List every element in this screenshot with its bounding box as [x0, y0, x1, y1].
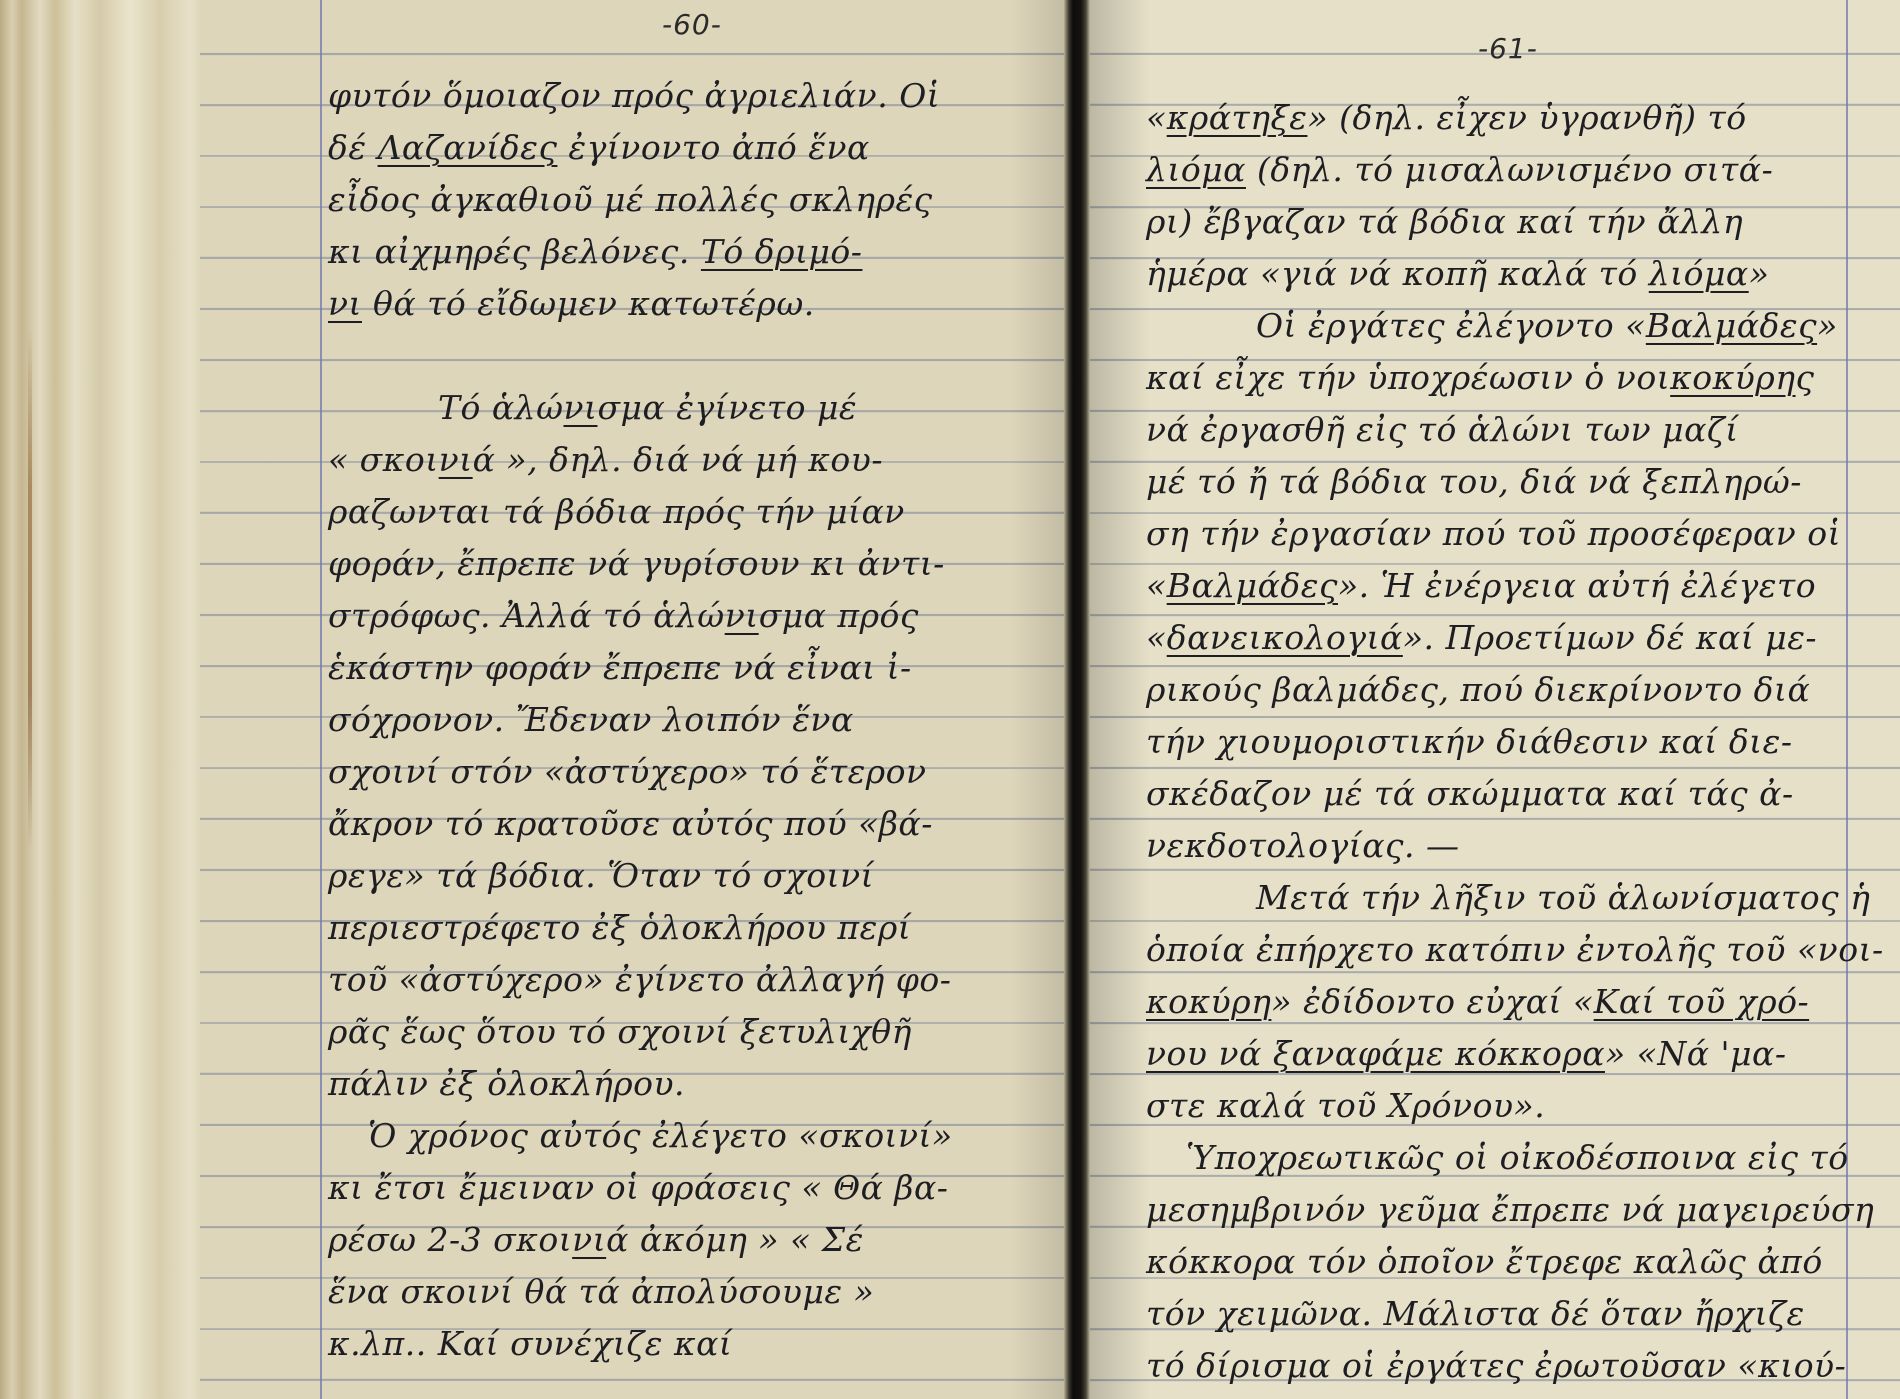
text-line: νεκδοτολογίας. —: [1146, 820, 1846, 872]
text-line: φοράν, ἔπρεπε νά γυρίσουν κι ἀντι-: [328, 538, 1058, 590]
left-margin-line: [320, 0, 322, 1399]
page-number-left: -60-: [662, 8, 722, 41]
text-line: σχοινί στόν «ἀστύχερο» τό ἕτερον: [328, 746, 1058, 798]
left-page-text: φυτόν ὅμοιαζον πρός ἀγριελιάν. Οἱ δέ Λαζ…: [328, 70, 1058, 1370]
text-line: κ.λπ.. Καί συνέχιζε καί: [328, 1318, 1058, 1370]
text-line: στρόφως. Ἀλλά τό ἁλώνισμα πρός: [328, 590, 1058, 642]
text-line: τοῦ «ἀστύχερο» ἐγίνετο ἀλλαγή φο-: [328, 954, 1058, 1006]
text-line: μέ τό ἤ τά βόδια του, διά νά ξεπληρώ-: [1146, 456, 1846, 508]
paragraph-start-line: Μετά τήν λῆξιν τοῦ ἁλωνίσματος ἡ: [1146, 872, 1846, 924]
text-line: ἄκρον τό κρατοῦσε αὐτός πού «βά-: [328, 798, 1058, 850]
text-line: ἑκάστην φοράν ἔπρεπε νά εἶναι ἰ-: [328, 642, 1058, 694]
page-number-right: -61-: [1478, 32, 1538, 65]
text-line: καί εἶχε τήν ὑποχρέωσιν ὁ νοικοκύρης: [1146, 352, 1846, 404]
text-line: κοκύρη» ἐδίδοντο εὐχαί «Καί τοῦ χρό-: [1146, 976, 1846, 1028]
text-line: στε καλά τοῦ Χρόνου».: [1146, 1080, 1846, 1132]
book-spine: [1064, 0, 1090, 1399]
text-line: ρέσω 2-3 σκοινιά ἀκόμη » « Σέ: [328, 1214, 1058, 1266]
text-line: ἕνα σκοινί θά τά ἀπολύσουμε »: [328, 1266, 1058, 1318]
text-line: ὁποία ἐπήρχετο κατόπιν ἐντολῆς τοῦ «νοι-: [1146, 924, 1846, 976]
text-line: τό δίρισμα οἱ ἐργάτες ἐρωτοῦσαν «κιού-: [1146, 1340, 1846, 1392]
text-line: «δανεικολογιά». Προετίμων δέ καί με-: [1146, 612, 1846, 664]
text-line: λιόμα (δηλ. τό μισαλωνισμένο σιτά-: [1146, 144, 1846, 196]
text-line: τόν χειμῶνα. Μάλιστα δέ ὅταν ἤρχιζε: [1146, 1288, 1846, 1340]
text-line: νου νά ξαναφάμε κόκκορα» «Νά 'μα-: [1146, 1028, 1846, 1080]
text-line: ρι) ἔβγαζαν τά βόδια καί τήν ἄλλη: [1146, 196, 1846, 248]
text-line: πάλιν ἐξ ὁλοκλήρου.: [328, 1058, 1058, 1110]
text-line: φυτόν ὅμοιαζον πρός ἀγριελιάν. Οἱ: [328, 70, 1058, 122]
text-line: μεσημβρινόν γεῦμα ἔπρεπε νά μαγειρεύση: [1146, 1184, 1846, 1236]
text-line: νά ἐργασθῆ εἰς τό ἁλώνι των μαζί: [1146, 404, 1846, 456]
text-line: «Βαλμάδες». Ἡ ἐνέργεια αὐτή ἐλέγετο: [1146, 560, 1846, 612]
paragraph-start-line: Ὑποχρεωτικῶς οἱ οἰκοδέσποινα εἰς τό: [1146, 1132, 1846, 1184]
text-line: «κράτηξε» (δηλ. εἶχεν ὑγρανθῆ) τό: [1146, 92, 1846, 144]
text-line: ση τήν ἐργασίαν πού τοῦ προσέφεραν οἱ: [1146, 508, 1846, 560]
text-line: κι ἔτσι ἔμειναν οἱ φράσεις « Θά βα-: [328, 1162, 1058, 1214]
text-line: περιεστρέφετο ἐξ ὁλοκλήρου περί: [328, 902, 1058, 954]
paragraph-start-line: Ὁ χρόνος αὐτός ἐλέγετο «σκοινί»: [328, 1110, 1058, 1162]
text-line: ἡμέρα «γιά νά κοπῆ καλά τό λιόμα»: [1146, 248, 1846, 300]
text-line: εἶδος ἀγκαθιοῦ μέ πολλές σκληρές: [328, 174, 1058, 226]
text-line: « σκοινιά », δηλ. διά νά μή κου-: [328, 434, 1058, 486]
paragraph-start-line: Οἱ ἐργάτες ἐλέγοντο «Βαλμάδες»: [1146, 300, 1846, 352]
blank-line: [328, 330, 1058, 382]
text-line: τήν χιουμοριστικήν διάθεσιν καί διε-: [1146, 716, 1846, 768]
text-line: ραζωνται τά βόδια πρός τήν μίαν: [328, 486, 1058, 538]
text-line: κι αἰχμηρές βελόνες. Τό δριμό-: [328, 226, 1058, 278]
text-line: σόχρονον. Ἔδεναν λοιπόν ἕνα: [328, 694, 1058, 746]
text-line: δέ Λαζανίδες ἐγίνοντο ἀπό ἕνα: [328, 122, 1058, 174]
text-line: ρεγε» τά βόδια. Ὅταν τό σχοινί: [328, 850, 1058, 902]
text-line: σκέδαζον μέ τά σκώμματα καί τάς ἀ-: [1146, 768, 1846, 820]
text-line: ρᾶς ἕως ὅτου τό σχοινί ξετυλιχθῆ: [328, 1006, 1058, 1058]
right-page-text: «κράτηξε» (δηλ. εἶχεν ὑγρανθῆ) τό λιόμα …: [1146, 92, 1846, 1392]
text-line: ρικούς βαλμάδες, πού διεκρίνοντο διά: [1146, 664, 1846, 716]
text-line: δέ Λαζανίδες ἐγίνοντο ἀπό ἕνα: [328, 128, 870, 167]
text-line: κόκκορα τόν ὁποῖον ἔτρεφε καλῶς ἀπό: [1146, 1236, 1846, 1288]
text-line: νι θά τό εἴδωμεν κατωτέρω.: [328, 278, 1058, 330]
paragraph-start-line: Τό ἁλώνισμα ἐγίνετο μέ: [328, 382, 1058, 434]
